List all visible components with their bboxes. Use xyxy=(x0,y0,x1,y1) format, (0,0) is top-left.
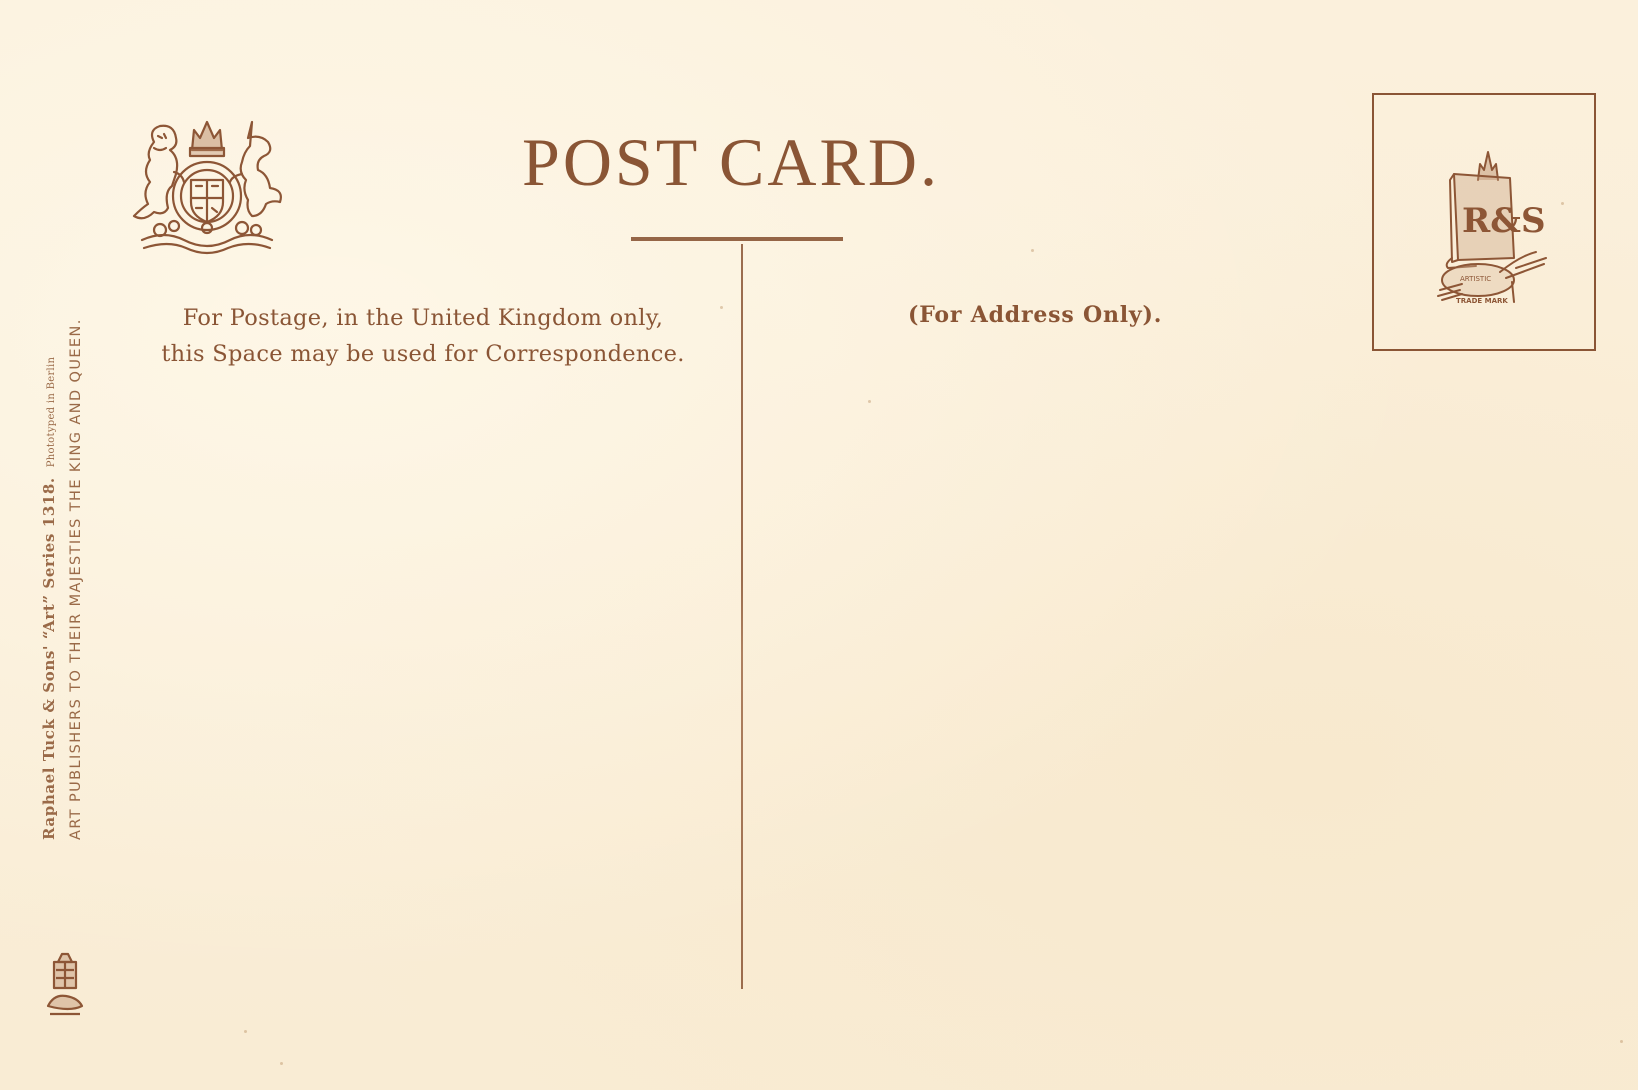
title-underline xyxy=(631,237,843,241)
paper-speck xyxy=(1620,1040,1623,1043)
royal-appointment-text: ART PUBLISHERS TO THEIR MAJESTIES THE KI… xyxy=(68,318,84,840)
center-divider-line xyxy=(741,244,743,989)
postcard-back: Raphael Tuck & Sons' “Art” Series 1318.P… xyxy=(0,0,1638,1090)
address-label: (For Address Only). xyxy=(908,302,1162,328)
publisher-imprint: Raphael Tuck & Sons' “Art” Series 1318.P… xyxy=(40,357,58,840)
printed-in-text: Phototyped in Berlin xyxy=(46,357,57,468)
side-imprint: Raphael Tuck & Sons' “Art” Series 1318.P… xyxy=(36,140,96,840)
correspondence-line-2: this Space may be used for Correspondenc… xyxy=(113,336,733,372)
paper-speck xyxy=(720,306,723,309)
correspondence-line-1: For Postage, in the United Kingdom only, xyxy=(113,300,733,336)
paper-speck xyxy=(868,400,871,403)
paper-speck xyxy=(1031,249,1034,252)
paper-speck xyxy=(1561,202,1564,205)
paper-speck xyxy=(280,1062,283,1065)
svg-text:R&S: R&S xyxy=(1462,201,1546,241)
svg-text:TRADE MARK: TRADE MARK xyxy=(1456,297,1508,305)
correspondence-instructions: For Postage, in the United Kingdom only,… xyxy=(113,300,733,372)
publisher-text: Raphael Tuck & Sons' “Art” Series 1318. xyxy=(40,477,58,840)
royal-coat-of-arms-icon xyxy=(124,112,290,260)
corner-easel-trademark-icon xyxy=(40,950,90,1020)
page-title: POST CARD. xyxy=(522,128,940,196)
easel-palette-trademark-icon: R&S ARTISTIC TRADE MARK xyxy=(1436,140,1552,306)
paper-speck xyxy=(244,1030,247,1033)
svg-text:ARTISTIC: ARTISTIC xyxy=(1460,275,1491,283)
